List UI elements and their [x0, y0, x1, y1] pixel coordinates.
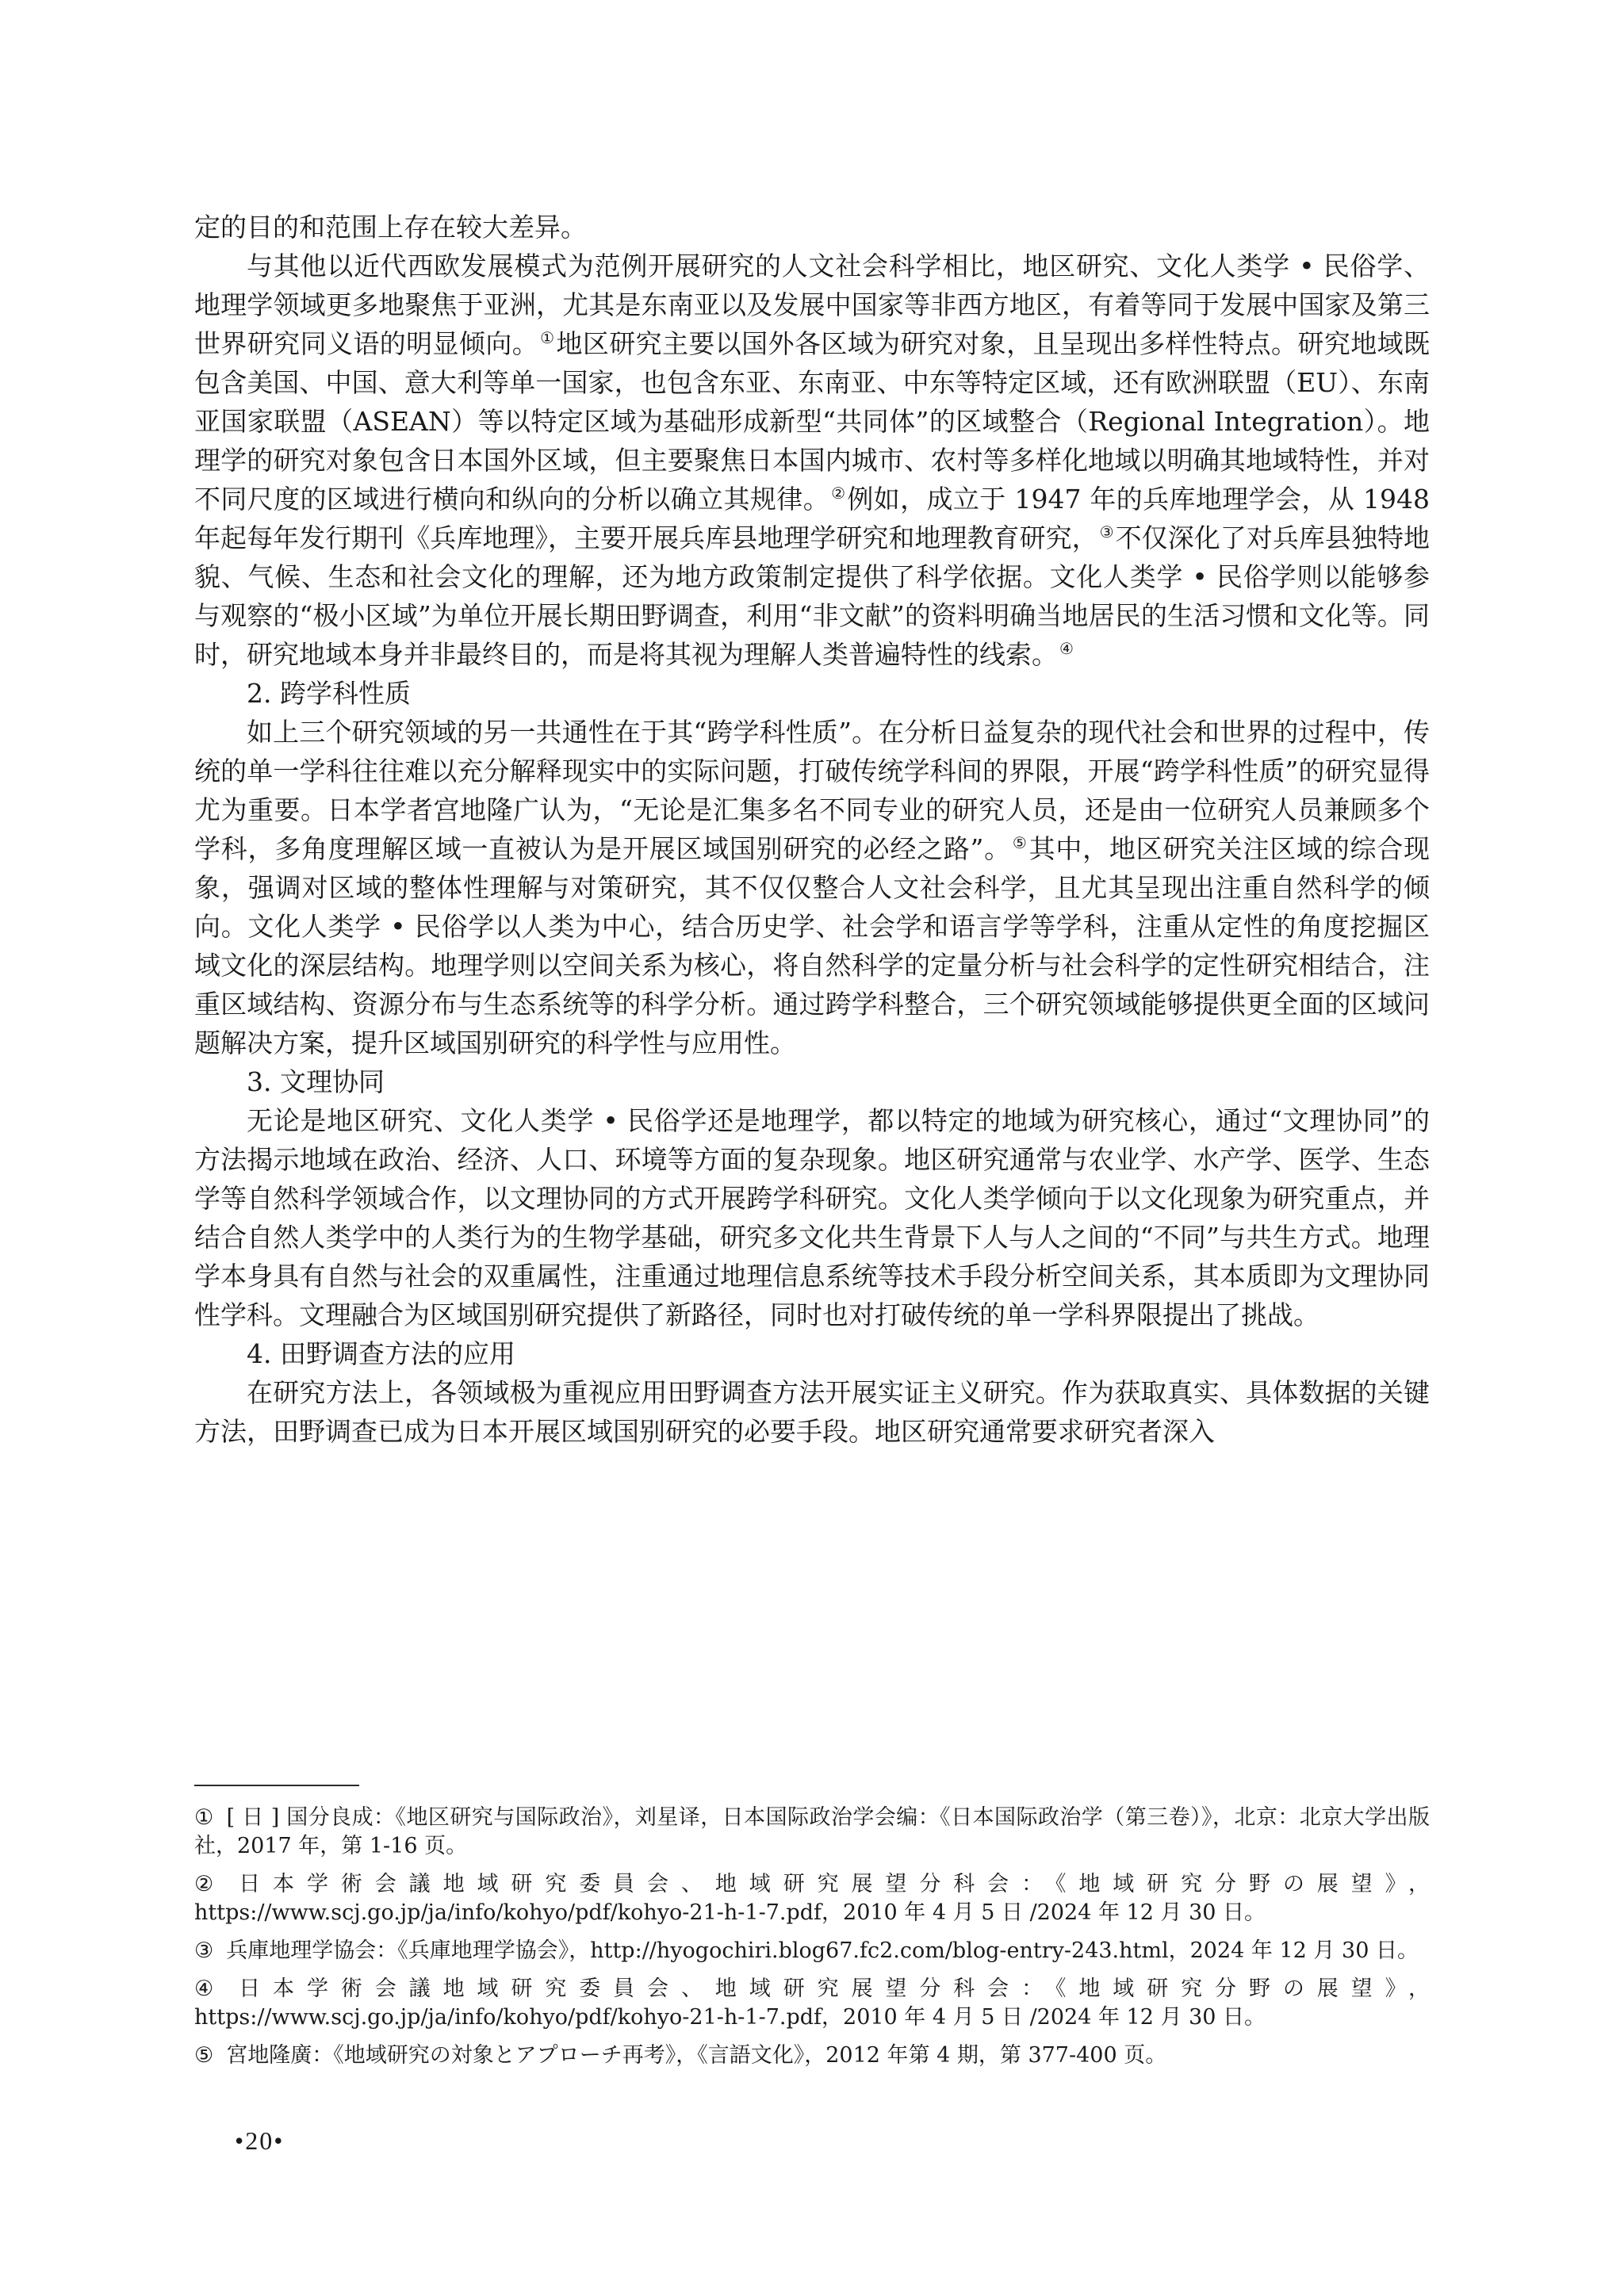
footnote-2: ②日本学術会議地域研究委員会、地域研究展望分科会：《地域研究分野の展望》，htt…	[194, 1870, 1430, 1927]
footnote-3: ③兵庫地理学協会：《兵庫地理学協会》，http://hyogochiri.blo…	[194, 1937, 1430, 1965]
footnote-5: ⑤宮地隆廣：《地域研究の対象とアプローチ再考》，《言語文化》，2012 年第 4…	[194, 2042, 1430, 2070]
footnote-text: [ 日 ] 国分良成：《地区研究与国际政治》，刘星译，日本国际政治学会编：《日本…	[194, 1805, 1430, 1858]
footnote-ref-4[interactable]: ④	[1059, 639, 1074, 658]
paragraph-research-regions: 与其他以近代西欧发展模式为范例开展研究的人文社会科学相比，地区研究、文化人类学 …	[194, 247, 1430, 674]
footnote-ref-3[interactable]: ③	[1100, 522, 1114, 541]
section-heading-fieldwork: 4. 田野调查方法的应用	[194, 1334, 1430, 1373]
footnote-ref-2[interactable]: ②	[831, 484, 845, 503]
paragraph-fieldwork: 在研究方法上，各领域极为重视应用田野调查方法开展实证主义研究。作为获取真实、具体…	[194, 1373, 1430, 1451]
section-heading-interdisciplinary: 2. 跨学科性质	[194, 674, 1430, 713]
footnote-mark: ①	[194, 1805, 214, 1830]
paragraph-continuation: 定的目的和范围上存在较大差异。	[194, 208, 1430, 247]
footnotes: ①[ 日 ] 国分良成：《地区研究与国际政治》，刘星译，日本国际政治学会编：《日…	[194, 1804, 1430, 2080]
footnote-mark: ③	[194, 1938, 213, 1963]
paragraph-text: 其中，地区研究关注区域的综合现象，强调对区域的整体性理解与对策研究，其不仅仅整合…	[194, 833, 1430, 1058]
footnote-4: ④日本学術会議地域研究委員会、地域研究展望分科会：《地域研究分野の展望》，htt…	[194, 1975, 1430, 2032]
footnote-divider	[194, 1785, 359, 1786]
page-number: •20•	[235, 2126, 284, 2156]
footnote-mark: ②	[194, 1872, 226, 1896]
footnote-mark: ④	[194, 1976, 226, 2001]
footnote-text: 日本学術会議地域研究委員会、地域研究展望分科会：《地域研究分野の展望》，http…	[194, 1976, 1430, 2030]
footnote-ref-5[interactable]: ⑤	[1013, 833, 1028, 852]
footnote-ref-1[interactable]: ①	[540, 328, 554, 347]
footnote-text: 兵庫地理学協会：《兵庫地理学協会》，http://hyogochiri.blog…	[226, 1938, 1419, 1963]
footnote-text: 宮地隆廣：《地域研究の対象とアプローチ再考》，《言語文化》，2012 年第 4 …	[226, 2043, 1166, 2068]
paragraph-interdisciplinary: 如上三个研究领域的另一共通性在于其“跨学科性质”。在分析日益复杂的现代社会和世界…	[194, 713, 1430, 1062]
paragraph-arts-science: 无论是地区研究、文化人类学 • 民俗学还是地理学，都以特定的地域为研究核心，通过…	[194, 1101, 1430, 1334]
footnote-1: ①[ 日 ] 国分良成：《地区研究与国际政治》，刘星译，日本国际政治学会编：《日…	[194, 1804, 1430, 1861]
paragraph-text: 在研究方法上，各领域极为重视应用田野调查方法开展实证主义研究。作为获取真实、具体…	[194, 1377, 1430, 1447]
body-text: 定的目的和范围上存在较大差异。 与其他以近代西欧发展模式为范例开展研究的人文社会…	[194, 208, 1430, 1451]
footnote-mark: ⑤	[194, 2043, 213, 2068]
section-heading-arts-science: 3. 文理协同	[194, 1062, 1430, 1101]
footnote-text: 日本学術会議地域研究委員会、地域研究展望分科会：《地域研究分野の展望》，http…	[194, 1872, 1430, 1925]
paragraph-text: 无论是地区研究、文化人类学 • 民俗学还是地理学，都以特定的地域为研究核心，通过…	[194, 1105, 1430, 1330]
